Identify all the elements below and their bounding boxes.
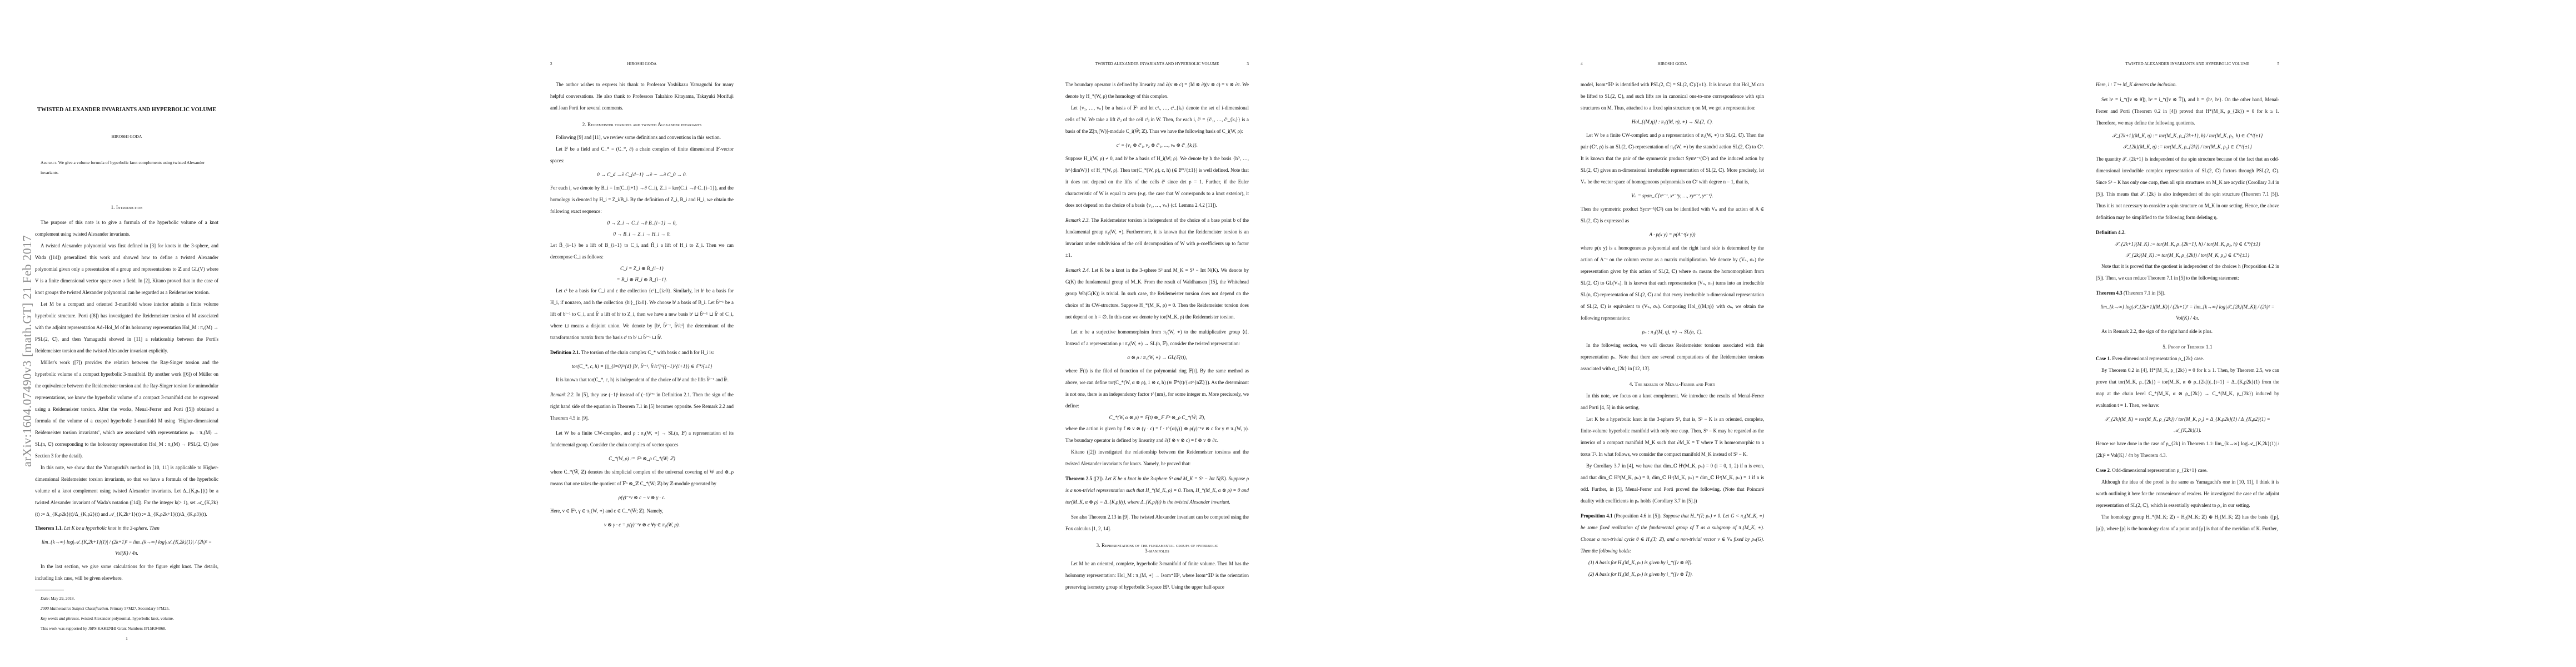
theorem-4-3: Theorem 4.3 (Theorem 7.1 in [5]). [2096,287,2279,299]
equation-vn-span: Vₙ = span_ℂ⟨xⁿ⁻¹, xⁿ⁻²y, …, xyⁿ⁻², yⁿ⁻¹⟩… [1581,190,1764,201]
paragraph: where C_*(W̃, ℤ) denotes the simplicial … [550,466,734,490]
section-heading-3-line-2: 3-manifolds [1065,548,1249,554]
intro-block: 1. Introduction The purpose of this note… [35,205,218,641]
running-head: 4 HIROSHI GODA [1581,62,1764,67]
acknowledgement: The author wishes to express his thank t… [550,79,734,114]
equation-hol-lift: Hol_{(M,η)} : π₁((M, η), ∗) → SL(2, ℂ). [1581,116,1764,127]
keywords-value: twisted Alexander polynomial, hyperbolic… [81,616,174,621]
proposition-item: (1) A basis for H₁(M_K, ρₙ) is given by … [1581,557,1764,569]
proposition-item: (2) A basis for H₂(M_K, ρₙ) is given by … [1581,569,1764,580]
definition-4-2: Definition 4.2. [2096,227,2279,238]
paragraph: In the last section, we give some calcul… [35,561,218,584]
remark-2-3: Remark 2.3. The Reidemeister torsion is … [1065,215,1249,261]
running-head: TWISTED ALEXANDER INVARIANTS AND HYPERBO… [2096,62,2279,67]
case-1-heading: Case 1. Even-dimensional representation … [2096,353,2279,365]
paragraph: Let 𝔽 be a field and C_* = (C_*, ∂) a ch… [550,143,734,167]
equation-generator: ρ(γ)⁻¹v ⊗ c − v ⊗ γ · c. [550,492,734,503]
paragraph: Note that it is proved that the quotient… [2096,261,2279,284]
page-5: TWISTED ALEXANDER INVARIANTS AND HYPERBO… [2061,0,2576,667]
paragraph: For each i, we denote by B_i = Im(C_{i+1… [550,182,734,217]
paragraph: The quantity 𝒯_{2k+1} is independent of … [2096,153,2279,223]
remark-label: Remark 2.4. [1065,267,1090,273]
section-heading-introduction: 1. Introduction [35,205,218,210]
paragraph: where p(x y) is a homogeneous polynomial… [1581,242,1764,324]
theorem-label: Theorem 1.1. [35,525,63,531]
abstract-text: We give a volume formula of hyperbolic k… [41,160,205,175]
remark-2-2: Remark 2.2. In [5], they use (−1)ⁱ inste… [550,389,734,424]
page-3-body: The boundary operator is defined by line… [1065,79,1249,593]
definition-text: The torsion of the chain complex C_* wit… [581,350,714,355]
proposition-4-1: Proposition 4.1 (Proposition 4.6 in [5])… [1581,510,1764,557]
proposition-ref: (Proposition 4.6 in [5]). [1614,513,1662,519]
theorem-text: Let K be a knot in the 3-sphere S³ and M… [1065,476,1249,505]
theorem-1-1: Theorem 1.1. Let K be a hyperbolic knot … [35,522,218,534]
paper-title: TWISTED ALEXANDER INVARIANTS AND HYPERBO… [35,107,218,113]
paragraph: As in Remark 2.2, the sign of the right … [2096,326,2279,337]
case-title: Even-dimensional representation ρ_{2k} c… [2112,356,2204,361]
paragraph: Hence we have done in the case of ρ_{2k}… [2096,438,2279,461]
equation-action: A · p(x y) = p(A⁻¹(x y)) [1581,229,1764,240]
paper-author: HIROSHI GODA [35,134,218,139]
paragraph: Let B̃_{i−1} be a lift of B_{i−1} to C_i… [550,240,734,263]
section-heading-5: 5. Proof of Theorem 1.1 [2096,344,2279,350]
section-heading-3-line-1: 3. Representations of the fundamental gr… [1065,542,1249,548]
paragraph: By Theorem 0.2 in [4], H*(M_K, ρ_{2k}) =… [2096,365,2279,411]
case-2-heading: Case 2. Odd-dimensional representation ρ… [2096,465,2279,476]
paragraph: In this note, we focus on a knot complem… [1581,390,1764,414]
paragraph: Then the symmetric product Symⁿ⁻¹(ℂ²) ca… [1581,203,1764,227]
date-label: Date [41,596,48,601]
theorem-ref: ([2]). [1094,476,1104,481]
paragraph: Kitano ([2]) investigated the relationsh… [1065,446,1249,470]
remark-label: Remark 2.2. [550,392,575,397]
page-1: arXiv:1604.07490v3 [math.GT] 21 Feb 2017… [0,0,515,667]
equation-twisted-chain: C_*(W, α ⊗ ρ) = 𝔽(t) ⊗_𝔽 𝔽ⁿ ⊗_ρ C_*(W̃; … [1065,412,1249,423]
theorem-2-5: Theorem 2.5 ([2]). Let K be a knot in th… [1065,473,1249,508]
section-heading-4: 4. The results of Menal-Ferrer and Porti [1581,381,1764,387]
keywords-label: Key words and phrases. [41,616,80,621]
theorem-label: Theorem 4.3 [2096,290,2122,296]
paragraph: Let K be a hyperbolic knot in the 3-sphe… [1581,414,1764,460]
paragraph: where the action is given by f ⊗ v ⊗ (γ … [1065,423,1249,446]
page-number: 3 [1247,62,1249,66]
running-head-text: HIROSHI GODA [1581,62,1764,66]
paragraph: Let α be a surjective homomorphsim from … [1065,326,1249,350]
paragraph: Let cⁱ be a basis for C_i and c the coll… [550,285,734,344]
running-head: TWISTED ALEXANDER INVARIANTS AND HYPERBO… [1065,62,1249,67]
footnote-msc: 2000 Mathematics Subject Classification.… [35,604,218,614]
case-label: Case 2 [2096,467,2110,473]
remark-label: Remark 2.3. [1065,217,1090,223]
footnote-rule [35,590,64,590]
page-4: 4 HIROSHI GODA model, Isom⁺ℍ³ is identif… [1546,0,2061,667]
page-2-body: The author wishes to express his thank t… [550,79,734,532]
equation-exact-seq-2: 0 → B_i → Z_i → H_i → 0. [550,228,734,240]
paragraph: The homology group H_*(M_K; ℤ) = H₀(M_K;… [2096,511,2279,535]
equation-t-even: 𝒯_{2k}(M_K) := tor(M_K, ρ_{2k}) / tor(M_… [2096,250,2279,261]
paragraph: It is known that tor(C_*, c, h) is indep… [550,374,734,386]
paragraph: By Corollary 3.7 in [4], we have that di… [1581,460,1764,507]
paragraph: Here, i : T ↪ M_K denotes the inclusion. [2096,79,2279,91]
paragraph: Although the idea of the proof is the sa… [2096,476,2279,511]
equation-torsion: tor(C_*, c, h) = ∏_{i=0}^{d} [bⁱ, b̃ⁱ⁻¹,… [550,361,734,372]
paragraph: Set h¹ = i_*([v ⊗ θ̃]), h² = i_*([v ⊗ T̃… [2096,94,2279,129]
equation-namely: v ⊗ γ · c = ρ(γ)⁻¹v ⊗ c ∀γ ∈ π₁(W, p). [550,519,734,530]
abstract-label: Abstract. [41,160,57,165]
arxiv-stamp: arXiv:1604.07490v3 [math.GT] 21 Feb 2017 [2,0,24,500]
equation-rho-n: ρₙ : π₁((M, η), ∗) → SL(n, ℂ). [1581,326,1764,337]
remark-2-4: Remark 2.4. Let K be a knot in the 3-sph… [1065,265,1249,323]
msc-value: Primary 57M27, Secondary 57M25. [110,606,170,611]
equation-chain-complex: 0 → C_d →∂ C_{d−1} →∂ ··· →∂ C_0 → 0. [550,169,734,180]
abstract: Abstract. We give a volume formula of hy… [41,158,213,178]
page-number: 1 [35,636,218,641]
definition-label: Definition 4.2. [2096,230,2126,235]
equation-t-odd: 𝒯_{2k+1}(M_K) := tor(M_K, ρ_{2k+1}, h) /… [2096,238,2279,250]
theorem-label: Theorem 2.5 [1065,476,1092,481]
running-head-text: TWISTED ALEXANDER INVARIANTS AND HYPERBO… [2096,62,2279,66]
footnote-date: Date: May 29, 2018. [35,594,218,604]
paragraph: Here, v ∈ 𝔽ⁿ, γ ∈ π₁(W, ∗) and c ∈ C_*(W… [550,505,734,517]
theorem-equation: lim_{k→∞} log|𝒯_{2k+1}(M_K)| / (2k+1)² =… [2096,301,2279,323]
definition-2-1: Definition 2.1. The torsion of the chain… [550,347,734,359]
paragraph: where 𝔽(t) is the filed of franction of … [1065,365,1249,412]
footnote-grant: This work was supported by JSPS KAKENHI … [35,624,218,634]
paragraph: See also Theorem 2.13 in [9]. The twiste… [1065,511,1249,535]
paragraph: model, Isom⁺ℍ³ is identified with PSL(2,… [1581,79,1764,114]
paragraph: Let W be a finite CW-complex, and ρ : π₁… [550,427,734,451]
paragraph: Let W be a finite CW-complex and ρ a rep… [1581,130,1764,188]
page-4-body: model, Isom⁺ℍ³ is identified with PSL(2,… [1581,79,1764,580]
equation-t-even-eta: 𝒯_{2k}(M_K, η) := tor(M_K, ρ_{2k}) / tor… [2096,141,2279,152]
running-head-text: TWISTED ALEXANDER INVARIANTS AND HYPERBO… [1065,62,1249,66]
msc-label: 2000 Mathematics Subject Classification. [41,606,109,611]
theorem-text: Let K be a hyperbolic knot in the 3-sphe… [64,525,160,531]
equation-basis: cⁱ = {v₁ ⊗ c̃ⁱ₁, v₂ ⊗ c̃ⁱ₁, …, vₙ ⊗ c̃ⁱ_… [1065,140,1249,151]
equation-exact-seq-1: 0 → Z_i → C_i →∂ B_{i−1} → 0, [550,217,734,228]
paragraph: In this note, we show that the Yamaguchi… [35,462,218,520]
theorem-equation: lim_{k→∞} log|𝒜_{K,2k+1}(1)| / (2k+1)² =… [35,536,218,559]
case-label: Case 1. [2096,356,2111,361]
equation-decomp-2: = B_i ⊕ H̃_i ⊕ B̃_{i−1}. [550,274,734,285]
paragraph: Let M be a compact and oriented 3-manifo… [35,298,218,357]
case-title: . Odd-dimensional representation ρ_{2k+1… [2110,467,2208,473]
paragraph: Müller's work ([7]) provides the relatio… [35,357,218,462]
page-number: 5 [2277,62,2279,66]
paragraph: The boundary operator is defined by line… [1065,79,1249,102]
remark-text: Let K be a knot in the 3-sphere S³ and M… [1065,267,1249,320]
page-2: 2 HIROSHI GODA The author wishes to expr… [515,0,1030,667]
equation-chain-w-rho: C_*(W, ρ) := 𝔽ⁿ ⊗_ρ C_*(W̃; ℤ) [550,453,734,464]
paragraph: Suppose H_i(W, ρ) ≠ 0, and hⁱ be a basis… [1065,153,1249,211]
page-5-body: Here, i : T ↪ M_K denotes the inclusion.… [2096,79,2279,535]
running-head: 2 HIROSHI GODA [550,62,734,67]
theorem-ref: (Theorem 7.1 in [5]). [2124,290,2165,296]
paragraph: Following [9] and [11], we review some d… [550,132,734,143]
equation-decomp-1: C_i = Z_i ⊕ B̃_{i−1} [550,263,734,274]
equation-case-1: 𝒯_{2k}(M_K) = tor(M_K, ρ_{2k}) / tor(M_K… [2096,414,2279,436]
equation-t-odd-eta: 𝒯_{2k+1}(M_K, η) := tor(M_K, ρ_{2k+1}, h… [2096,130,2279,141]
paragraph: The purpose of this note is to give a fo… [35,217,218,240]
definition-label: Definition 2.1. [550,350,580,355]
equation-twisted-rep: α ⊗ ρ : π₁(W, ∗) → GL(𝔽(t)), [1065,352,1249,363]
running-head-text: HIROSHI GODA [550,62,734,66]
proposition-text: Suppose that H_*(T; ρₙ) ≠ 0. Let G < π₁(… [1581,513,1764,554]
arxiv-stamp-text: arXiv:1604.07490v3 [math.GT] 21 Feb 2017 [20,235,34,467]
remark-text: The Reidemeister torsion is independent … [1065,217,1249,258]
proposition-label: Proposition 4.1 [1581,513,1613,519]
remark-text: In [5], they use (−1)ⁱ instead of (−1)ⁱ⁺… [550,392,734,421]
date-value: May 29, 2018. [51,596,74,601]
paragraph: Let M be an oriented, complete, hyperbol… [1065,558,1249,593]
footnote-keywords: Key words and phrases. twisted Alexander… [35,614,218,624]
paragraph: Let {v₁, …, vₙ} be a basis of 𝔽ⁿ and let… [1065,102,1249,137]
section-heading-2: 2. Reidemeister torsions and twisted Ale… [550,122,734,127]
paragraph: A twisted Alexander polynomial was first… [35,240,218,298]
paragraph: In the following section, we will discus… [1581,340,1764,375]
page-3: TWISTED ALEXANDER INVARIANTS AND HYPERBO… [1030,0,1546,667]
